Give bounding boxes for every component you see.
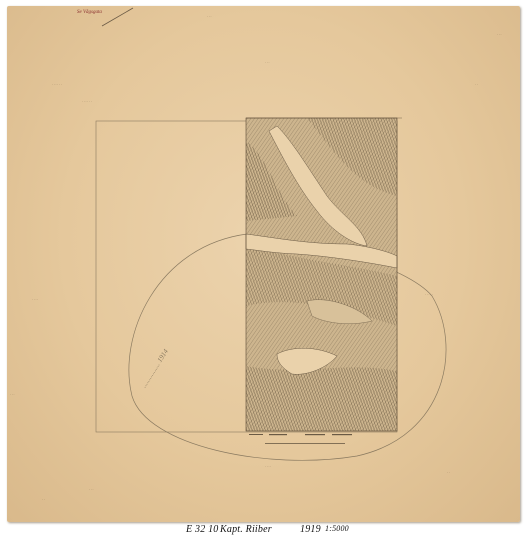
pencil-note: ................ 1914: [140, 347, 170, 389]
scale: 1:5000: [325, 524, 349, 533]
svg-text:· · · ·: · · · ·: [265, 465, 271, 469]
svg-text:· · · · · ·: · · · · · ·: [52, 83, 62, 87]
top-annotation: Se Vågsgata: [77, 10, 102, 15]
svg-text:· · ·: · · ·: [207, 15, 212, 19]
svg-text:· · ·: · · ·: [497, 33, 502, 37]
svg-text:· · ·: · · ·: [265, 61, 270, 65]
surveyor: Kapt. Riiber: [220, 524, 272, 535]
svg-text:· · · ·: · · · ·: [32, 298, 38, 302]
year: 1919: [300, 524, 321, 535]
svg-text:· · · · ·: · · · · ·: [425, 293, 433, 297]
svg-text:· ·: · ·: [447, 471, 450, 475]
svg-text:· ·: · ·: [475, 83, 478, 87]
sheet-id: E 32 10: [186, 524, 219, 535]
catalog-caption: E 32 10 Kapt. Riiber 1919 1:5000: [0, 524, 529, 541]
map-drawing: ................ 1914 · · · · · · · · · …: [7, 6, 520, 522]
svg-text:· · · · · ·: · · · · · ·: [82, 100, 92, 104]
svg-text:· ·: · ·: [42, 498, 45, 502]
map-sheet: ................ 1914 · · · · · · · · · …: [7, 6, 520, 522]
topographic-strip: [246, 118, 402, 431]
svg-text:· · ·: · · ·: [10, 393, 15, 397]
strip-margin-text: [249, 434, 352, 444]
svg-text:· · ·: · · ·: [89, 488, 94, 492]
